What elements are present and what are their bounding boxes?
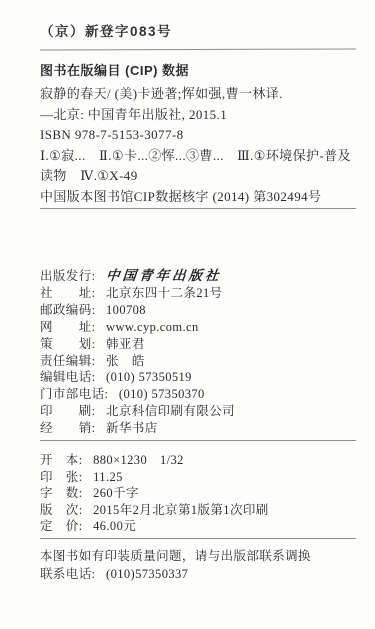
field-value: (010) 57350370	[119, 387, 205, 401]
info-row-editor-phone: 编辑电话: (010) 57350519	[40, 369, 235, 386]
info-row-website: 网 址: www.cyp.com.cn	[40, 319, 235, 336]
field-label: 邮政编码:	[40, 303, 95, 317]
field-label: 编辑电话:	[40, 370, 95, 384]
info-row-postcode: 邮政编码: 100708	[40, 302, 235, 319]
divider-top	[40, 48, 356, 50]
cip-block: 图书在版编目 (CIP) 数据 寂静的春天/ (美)卡逊著;恽如强,曹一林译. …	[40, 60, 362, 208]
field-label: 网 址:	[40, 320, 95, 334]
cip-line-record-number: 中国版本图书馆CIP数据核字 (2014) 第302494号	[40, 187, 362, 208]
field-label: 字 数:	[40, 486, 83, 500]
cip-line-title-author: 寂静的春天/ (美)卡逊著;恽如强,曹一林译.	[40, 84, 362, 105]
registration-number: （京）新登字083号	[40, 20, 172, 40]
info-row-address: 社 址: 北京东四十二条21号	[40, 285, 235, 302]
field-label: 出版发行:	[40, 269, 95, 283]
field-label: 联系电话:	[40, 567, 95, 581]
field-value: 260千字	[93, 486, 139, 500]
cip-line-isbn: ISBN 978-7-5153-3077-8	[40, 125, 362, 146]
field-label: 印 刷:	[40, 404, 95, 418]
quality-notice: 本图书如有印装质量问题，请与出版部联系调换	[40, 547, 311, 565]
divider-publisher	[40, 440, 356, 441]
cip-line-classification: Ⅰ.①寂... Ⅱ.①卡...②恽...③曹... Ⅲ.①环境保护-普及	[40, 146, 362, 167]
info-row-publisher: 出版发行: 中国青年出版社	[40, 268, 235, 285]
field-value: (010) 57350519	[106, 370, 192, 384]
field-label: 开 本:	[40, 453, 83, 467]
cip-line-classification-2: 读物 Ⅳ.①X-49	[40, 166, 362, 187]
field-label: 社 址:	[40, 286, 95, 300]
field-value: 张 皓	[106, 354, 145, 368]
book-copyright-page: （京）新登字083号 图书在版编目 (CIP) 数据 寂静的春天/ (美)卡逊著…	[0, 0, 375, 629]
spec-row-sheets: 印 张: 11.25	[40, 469, 269, 486]
spec-row-wordcount: 字 数: 260千字	[40, 485, 269, 502]
quality-notice-block: 本图书如有印装质量问题，请与出版部联系调换 联系电话: (010)5735033…	[40, 547, 311, 583]
field-label: 门市部电话:	[40, 387, 108, 401]
field-value: 韩亚君	[106, 337, 145, 351]
info-row-distributor: 经 销: 新华书店	[40, 420, 235, 437]
print-spec-block: 开 本: 880×1230 1/32 印 张: 11.25 字 数: 260千字…	[40, 452, 269, 535]
divider-cip	[40, 208, 356, 209]
field-value: 新华书店	[106, 421, 158, 435]
field-value: 北京科信印刷有限公司	[106, 404, 235, 418]
info-row-editor: 责任编辑: 张 皓	[40, 353, 235, 370]
field-value: 46.00元	[93, 519, 136, 533]
field-value: 880×1230 1/32	[93, 453, 184, 467]
divider-spec	[40, 538, 356, 539]
spec-row-price: 定 价: 46.00元	[40, 518, 269, 535]
field-label: 定 价:	[40, 519, 83, 533]
field-label: 印 张:	[40, 470, 83, 484]
cip-line-publisher: —北京: 中国青年出版社, 2015.1	[40, 105, 362, 126]
field-label: 策 划:	[40, 337, 95, 351]
publisher-logotype: 中国青年出版社	[105, 268, 222, 285]
field-label: 经 销:	[40, 421, 95, 435]
field-value: 100708	[106, 303, 146, 317]
cip-title: 图书在版编目 (CIP) 数据	[40, 60, 362, 79]
field-value: 2015年2月北京第1版第1次印刷	[93, 503, 269, 517]
contact-phone: (010)57350337	[106, 567, 188, 581]
info-row-planner: 策 划: 韩亚君	[40, 336, 235, 353]
field-value: www.cyp.com.cn	[106, 320, 199, 334]
field-value: 北京东四十二条21号	[106, 286, 223, 300]
contact-row: 联系电话: (010)57350337	[40, 565, 311, 583]
info-row-store-phone: 门市部电话: (010) 57350370	[40, 386, 235, 403]
info-row-printer: 印 刷: 北京科信印刷有限公司	[40, 403, 235, 420]
field-value: 11.25	[93, 470, 123, 484]
spec-row-edition: 版 次: 2015年2月北京第1版第1次印刷	[40, 502, 269, 519]
publisher-info-block: 出版发行: 中国青年出版社 社 址: 北京东四十二条21号 邮政编码: 1007…	[40, 268, 235, 437]
spec-row-format: 开 本: 880×1230 1/32	[40, 452, 269, 469]
field-label: 责任编辑:	[40, 354, 95, 368]
field-label: 版 次:	[40, 503, 83, 517]
